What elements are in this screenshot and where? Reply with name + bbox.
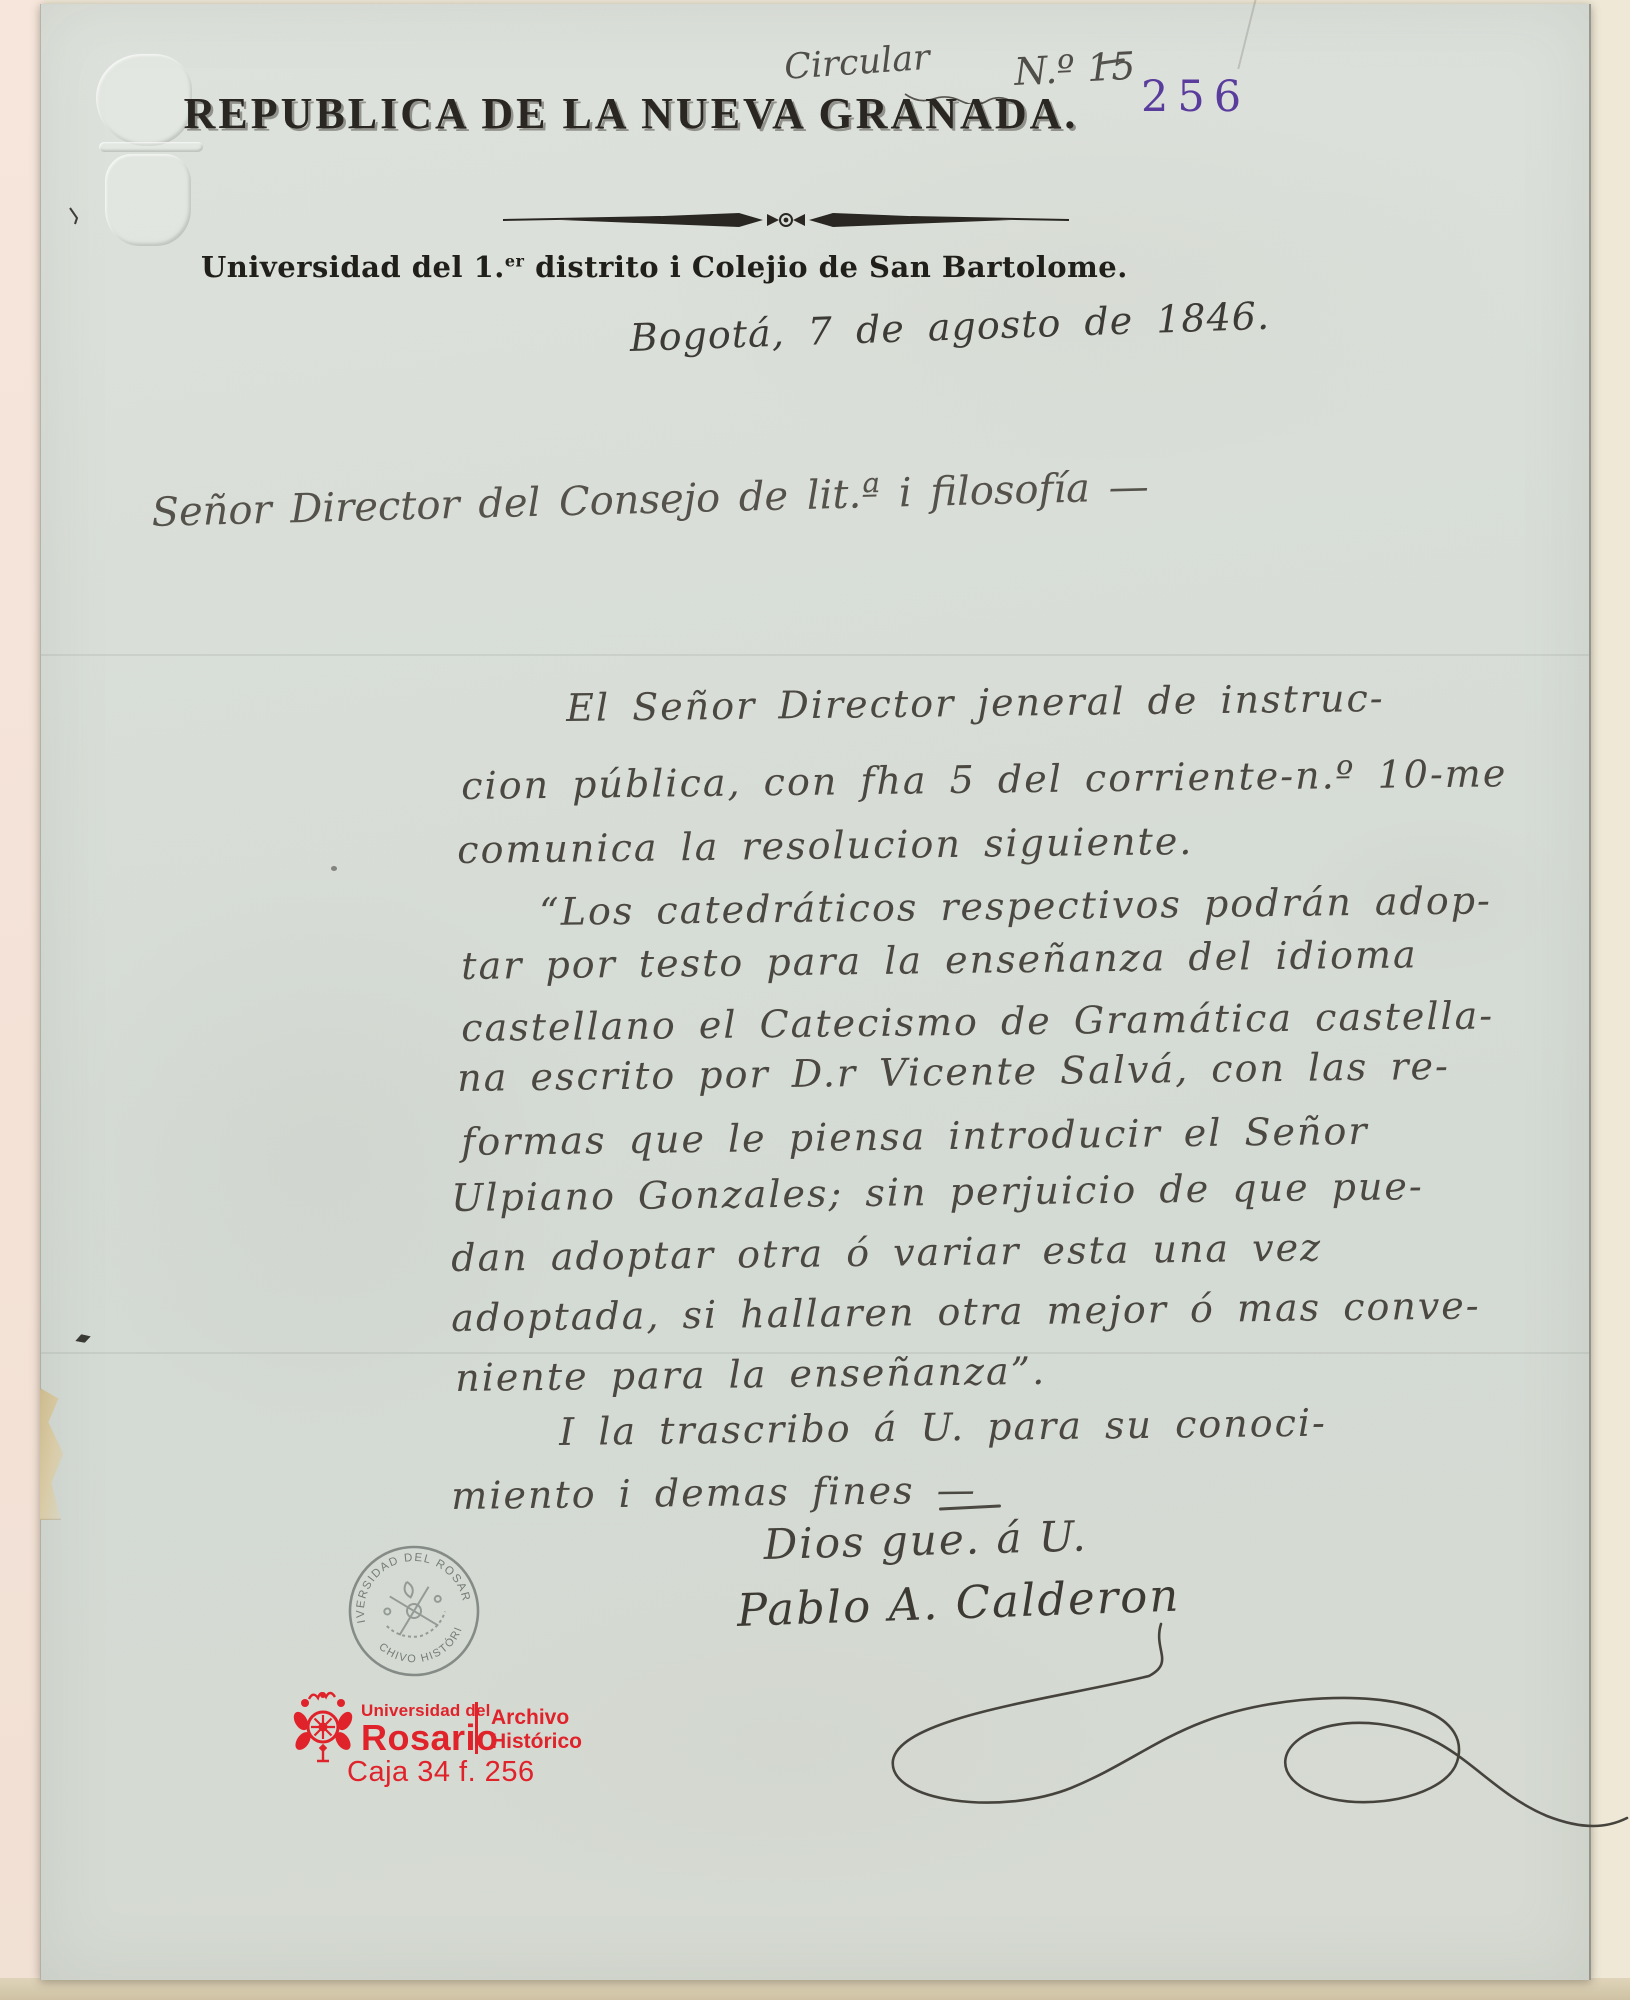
tear-left-edge: [40, 1388, 70, 1520]
body-line: dan adoptar otra ó variar esta una vez: [451, 1225, 1322, 1280]
body-line: na escrito por D.r Vicente Salvá, con la…: [457, 1044, 1450, 1100]
letter-paper: Circular N.º 15 256 REPUBLICA DE LA NUEV…: [40, 4, 1591, 1980]
body-line: comunica la resolucion siguiente.: [457, 819, 1194, 872]
brand-dept-line2: Histórico: [491, 1730, 582, 1754]
rosario-crest-icon: [291, 1689, 355, 1767]
body-line: I la trascribo á U. para su conoci-: [559, 1401, 1327, 1454]
signature-flourish: [831, 1620, 1630, 1850]
archive-ink-stamp: UNIVERSIDAD DEL ROSARIO ARCHIVO HISTÓRIC…: [339, 1536, 489, 1686]
subtitle-superscript: er: [505, 251, 525, 270]
pen-tick-mark: [67, 204, 87, 226]
body-line: El Señor Director jeneral de instruc-: [566, 676, 1385, 730]
letterhead-subtitle: Universidad del 1.er distrito i Colejio …: [201, 250, 1081, 284]
body-line: cion pública, con fha 5 del corriente-n.…: [461, 751, 1508, 808]
handwritten-number-annotation: N.º 15: [1013, 44, 1136, 94]
stamp-ring-top-text: UNIVERSIDAD DEL ROSARIO: [342, 1539, 472, 1629]
fold-crease: [41, 654, 1589, 656]
salutation: Señor Director del Consejo de lit.ª i fi…: [151, 464, 1149, 536]
body-line: formas que le piensa introducir el Señor: [461, 1109, 1369, 1164]
archive-box-caption: Caja 34 f. 256: [347, 1756, 535, 1789]
body-line: miento i demas fines —: [451, 1468, 977, 1518]
ornamental-divider: [501, 203, 1071, 237]
brand-dept-name: Archivo Histórico: [491, 1706, 582, 1754]
body-line: “Los catedráticos respectivos podrán ado…: [539, 878, 1492, 934]
ink-speck: [331, 866, 337, 871]
letterhead-title: REPUBLICA DE LA NUEVA GRANADA.: [131, 88, 1131, 139]
subtitle-text: distrito i Colejio de San Bartolome.: [524, 250, 1127, 284]
embossed-seal-icon: [105, 154, 191, 246]
edge-nick: [74, 1332, 92, 1344]
scan-backing-left: [0, 0, 44, 2000]
dateline: Bogotá, 7 de agosto de 1846.: [629, 294, 1271, 360]
body-line: castellano el Catecismo de Gramática cas…: [461, 993, 1494, 1050]
folio-number-stamp: 256: [1141, 72, 1250, 122]
scanned-document-page: Circular N.º 15 256 REPUBLICA DE LA NUEV…: [0, 0, 1630, 2000]
brand-dept-line1: Archivo: [491, 1706, 582, 1730]
handwritten-circular-annotation: Circular: [783, 38, 931, 88]
body-line: adoptada, si hallaren otra mejor ó mas c…: [451, 1283, 1481, 1340]
subtitle-text: Universidad del 1.: [201, 250, 505, 284]
corner-crease: [1237, 0, 1256, 69]
svg-text:UNIVERSIDAD DEL ROSARIO: UNIVERSIDAD DEL ROSARIO: [342, 1539, 472, 1629]
scan-backing-bottom: [0, 1978, 1630, 2000]
body-line: Ulpiano Gonzales; sin perjuicio de que p…: [451, 1164, 1424, 1220]
closing-line: Dios gue. á U.: [763, 1512, 1088, 1569]
brand-divider: [475, 1702, 478, 1754]
stamp-crest-icon: [378, 1575, 450, 1644]
embossed-seal-icon: [99, 142, 203, 152]
body-line: niente para la enseñanza”.: [455, 1349, 1046, 1400]
body-line: tar por testo para la enseñanza del idio…: [461, 932, 1418, 988]
